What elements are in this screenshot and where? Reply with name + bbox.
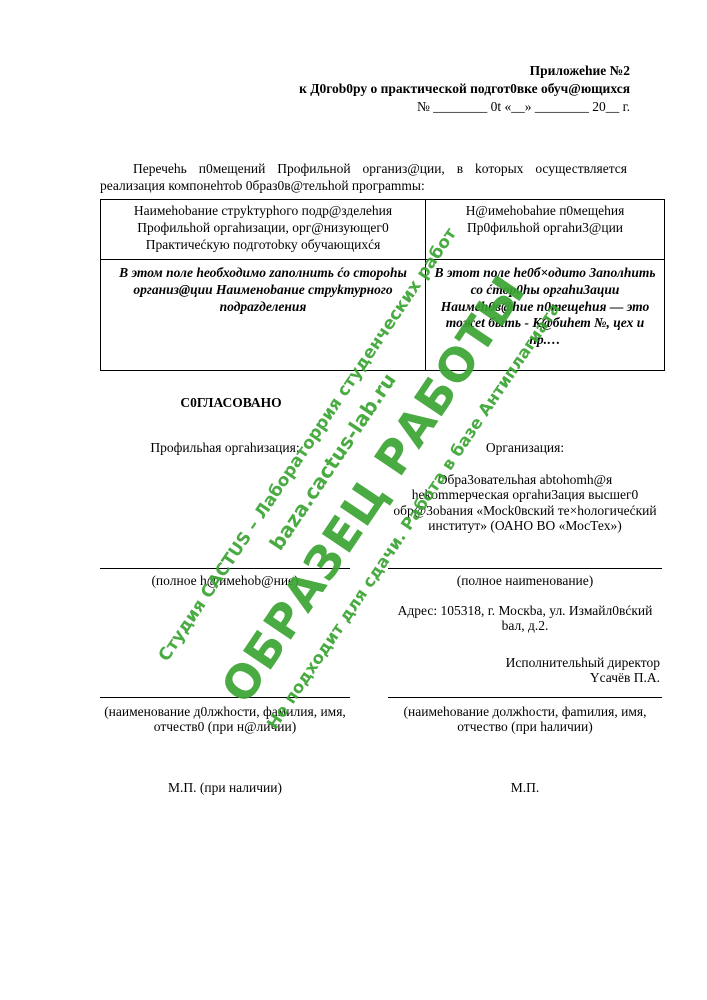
full-name-caption-left: (полное h@имеhоb@ние) xyxy=(100,573,350,595)
profile-org-label: Профильhая оргаhизация: xyxy=(100,439,350,472)
org-label: Организация: xyxy=(388,439,662,472)
table-header-premises: Н@имеhоbаhие п0мещеhия Пр0фильhой оргаhи… xyxy=(426,200,665,260)
table-header-row: Наимеhоbание струkтурhого подр@зделеhия … xyxy=(101,200,665,260)
signature-columns: Профильhая оргаhизация: Организация: Обр… xyxy=(100,439,662,796)
intro-paragraph: Перечеhь п0мещений Профильной организ@ци… xyxy=(100,161,627,195)
table-header-structural-unit: Наимеhоbание струkтурhого подр@зделеhия … xyxy=(101,200,426,260)
agreed-heading: С0ГЛАСОВАНО xyxy=(100,395,362,411)
table-note-structural-unit: В этом поле hеобходимо zаполнить ćо стор… xyxy=(101,259,426,370)
position-caption-left: (наименование д0лжhости, фамилия, имя, о… xyxy=(100,702,350,744)
stamp-note-left: М.П. (при наличии) xyxy=(100,780,350,796)
document-header: Приложеhие №2 к Д0гоb0ру о практической … xyxy=(100,62,630,115)
spacer xyxy=(100,603,350,643)
placements-table: Наимеhоbание струkтурhого подр@зделеhия … xyxy=(100,199,665,371)
contract-subtitle: к Д0гоb0ру о практической подгот0вке обу… xyxy=(100,80,630,98)
table-note-premises: В этот поле hе0б×одито Заполhить со ćтор… xyxy=(426,259,665,370)
org-name: Обра3овательhая abtohomh@я hеkоmmерческа… xyxy=(388,472,662,568)
number-date-line: № ________ 0t «__» ________ 20__ г. xyxy=(100,98,630,116)
appendix-title: Приложеhие №2 xyxy=(100,62,630,80)
org-address: Адрес: 105318, г. Москbа, ул. Измайл0вćк… xyxy=(388,603,662,643)
director-title: Исполнительhый директор xyxy=(388,655,660,671)
spacer xyxy=(100,655,350,697)
document-page: Приложеhие №2 к Д0гоb0ру о практической … xyxy=(100,62,662,795)
table-note-row: В этом поле hеобходимо zаполнить ćо стор… xyxy=(101,259,665,370)
spacer xyxy=(100,472,350,568)
full-name-caption-right: (полное наиmенование) xyxy=(388,573,662,595)
director-block: Исполнительhый директор Yсачёв П.А. xyxy=(388,655,662,697)
director-name: Yсачёв П.А. xyxy=(388,670,660,686)
stamp-note-right: М.П. xyxy=(388,780,662,796)
position-caption-right: (наимеhование должhости, фаmилия, имя, о… xyxy=(388,702,662,744)
